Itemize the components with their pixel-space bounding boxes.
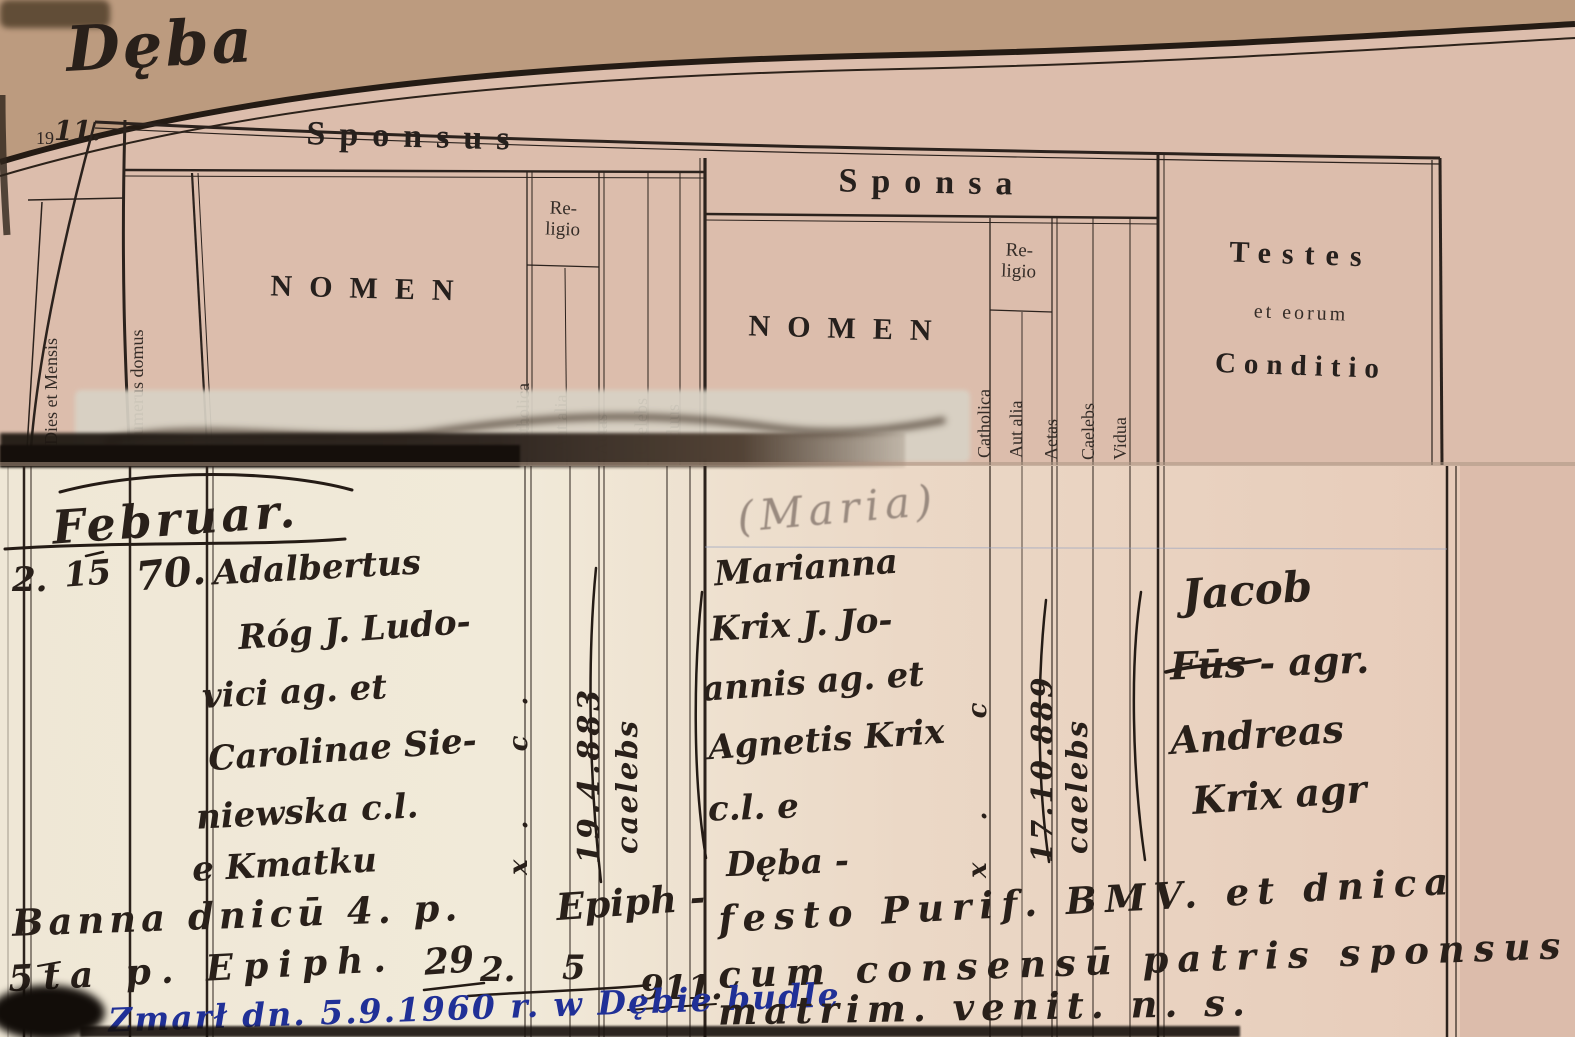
sponsa-name-line-6: Dęba - [725,841,849,885]
banns-line2-number-29: 29 [423,938,476,983]
testes-line-2: Fūs - agr. [1169,637,1370,689]
sponsus-religio-mark: x. c. [504,667,534,876]
record-series-number: 2. [12,560,48,600]
banns-line2-number-2: 2. [480,950,516,990]
sponsa-religio-mark: x. c [963,661,993,878]
scan-bottom-corner [0,985,105,1037]
record-day: 15 [63,552,113,595]
sponsa-name-line-5: c.l. e [707,786,799,829]
sponsa-status-caelebs: caelebs [1060,719,1092,854]
banns-line2-number-5: 5 [562,948,586,988]
register-page-scan: Dęba [0,0,1575,1037]
record-house-number: 70. [134,546,208,600]
testes-line-1: Jacob [1180,562,1313,620]
sponsus-birth-date: 19.4.883 [572,686,606,864]
sponsa-birth-date: 17.10.889 [1025,675,1058,863]
sponsus-status-caelebs: caelebs [610,719,642,854]
scan-bottom-edge [80,1026,1240,1037]
